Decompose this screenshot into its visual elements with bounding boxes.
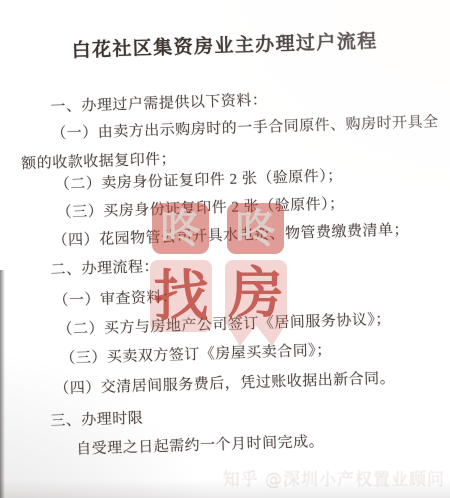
document-line: （一）审查资料： [53, 286, 178, 311]
document-line: 二、办理流程： [50, 255, 159, 279]
document-line: （二）买方与房地产公司签订《居间服务协议》； [57, 308, 391, 339]
document-text: 白花社区集资房业主办理过户流程 一、办理过户需提供以下资料： （一）由卖方出示购… [0, 0, 450, 498]
photo-edge-shadow [0, 270, 5, 498]
zhihu-credit: 知乎 @深圳小产权置业顾问 [223, 464, 445, 489]
document-line: 自受理之日起需约一个月时间完成。 [76, 430, 325, 459]
document-title: 白花社区集资房业主办理过户流程 [0, 24, 444, 65]
document-line: （四）交清居间服务费后，凭过账收据出新合同。 [54, 367, 396, 399]
document-line: 三、办理时限 [50, 407, 144, 431]
document-line: 一、办理过户需提供以下资料： [50, 89, 268, 117]
document-photo: 白花社区集资房业主办理过户流程 一、办理过户需提供以下资料： （一）由卖方出示购… [0, 0, 450, 498]
document-line: （三）买卖双方签订《房屋买卖合同》； [60, 339, 332, 369]
document-line: （三）买房身份证复印件 2 张（验原件）； [56, 192, 345, 222]
document-line: （一）由卖方出示购房时的一手合同原件、购房时开具全 [51, 110, 439, 143]
document-line: （四）花园物管公司开具水电费、物管费缴费清单； [52, 218, 409, 250]
